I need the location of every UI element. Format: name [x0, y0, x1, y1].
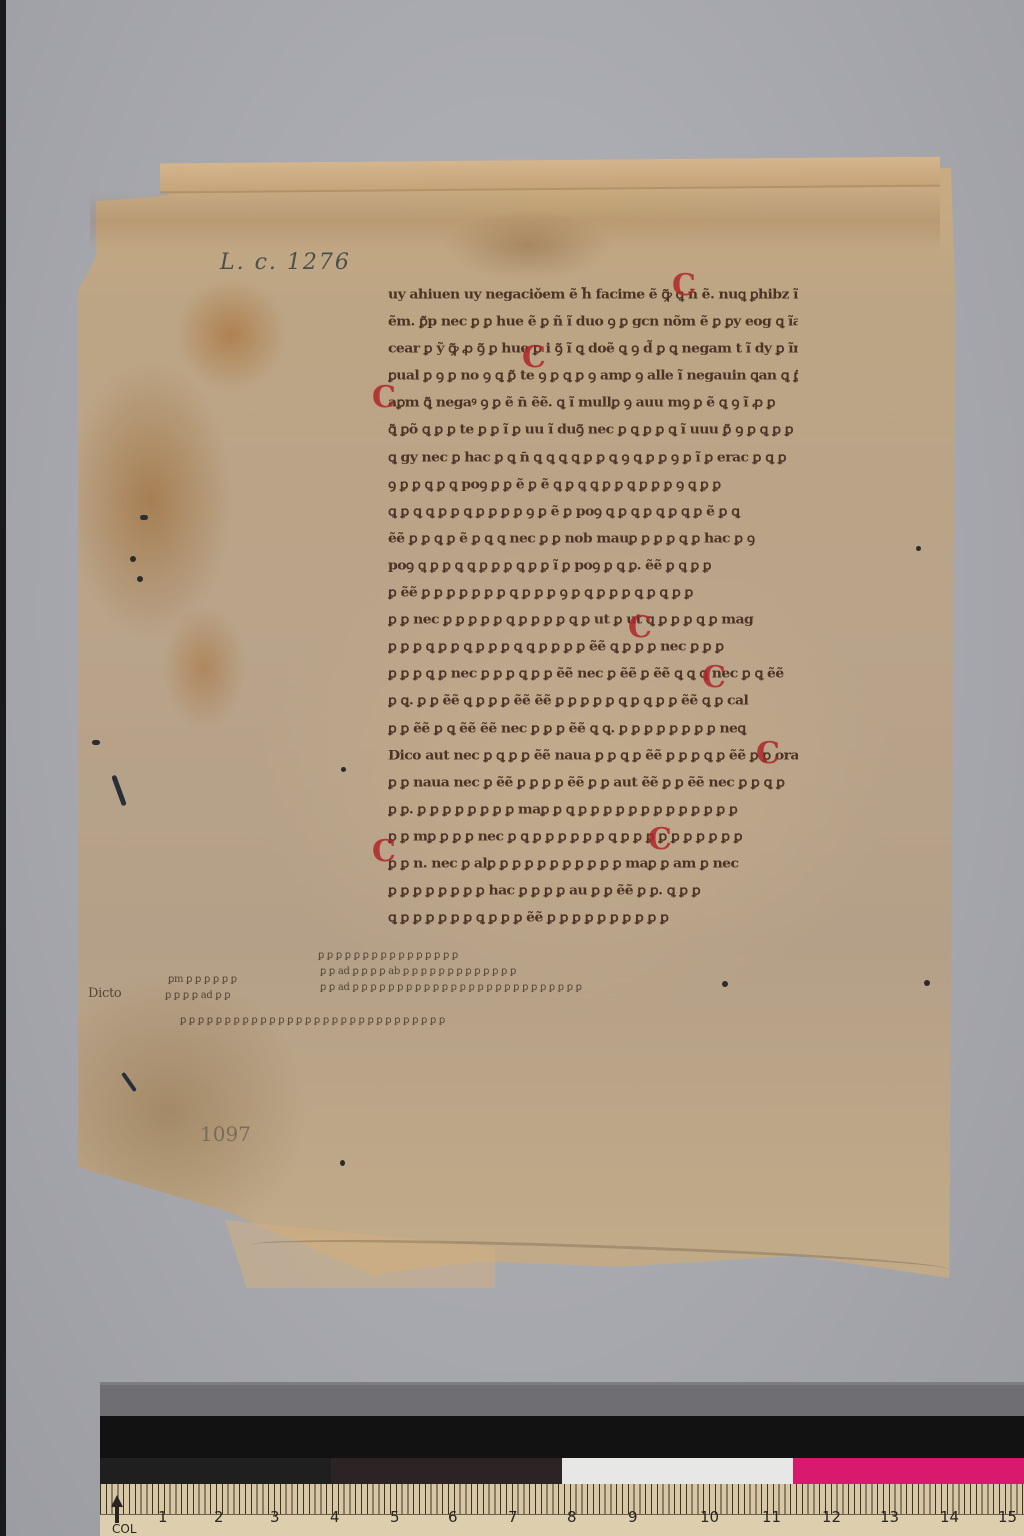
text-line: ꝑ ꝑ ꝑ ꝑ ꝑ ꝑ ꝑ ꝑ hac ꝑ ꝑ ꝑ ꝑ au ꝑ ꝑ ẽẽ ꝑ …	[388, 879, 798, 903]
parchment-crease	[90, 190, 940, 252]
color-patch-black	[100, 1458, 331, 1484]
stitch-hole	[722, 981, 728, 987]
old-number: 1097	[200, 1122, 251, 1146]
ruler-tick-label: 4	[330, 1508, 340, 1526]
ruler-arrow-stem	[115, 1505, 119, 1523]
text-line: ꝑual ꝑ ꝯ ꝑ no ꝯ ꝗ ꝑ̃ te ꝯ ꝑ ꝗ ꝑ ꝯ amꝑ ꝯ …	[388, 365, 798, 389]
text-line: uy ahiuen uy negaciǒem ẽ h̃ facime ẽ ꝙ̃ …	[388, 283, 798, 307]
red-initial: C	[628, 610, 652, 645]
text-line: cear ꝑ ỹ ꝙ̃ ꝓ ꝯ̃ ꝑ hue ꝑ i ꝯ̃ ĩ ꝗ doẽ ꝗ …	[388, 338, 798, 362]
red-initial: C	[648, 822, 672, 857]
color-patch-dark-brown	[331, 1458, 562, 1484]
red-initial: C	[372, 834, 396, 869]
text-line: ꝑ ꝑ mꝑ ꝑ ꝑ ꝑ nec ꝑ ꝗ ꝑ ꝑ ꝑ ꝑ ꝑ ꝑ ꝗ ꝑ ꝑ ꝑ…	[388, 825, 798, 849]
red-initial: C	[702, 660, 726, 695]
grey-strip	[100, 1382, 1024, 1419]
red-initial: C	[372, 380, 396, 415]
ruler-tick-label: 1	[158, 1508, 168, 1526]
text-line: ꝑ ꝑ. ꝑ ꝑ ꝑ ꝑ ꝑ ꝑ ꝑ ꝑ maꝑ ꝑ ꝗ ꝑ ꝑ ꝑ ꝑ ꝑ ꝑ…	[388, 798, 798, 822]
red-initial: C	[672, 268, 696, 303]
stitch-hole	[916, 546, 921, 551]
text-line: poꝯ ꝗ ꝑ ꝑ ꝗ ꝗ ꝑ ꝑ ꝑ ꝗ ꝑ ꝑ ĩ ꝑ poꝯ ꝑ ꝗ ꝑ.…	[388, 554, 798, 578]
text-line: ꝯ ꝑ ꝑ ꝗ ꝑ ꝗ poꝯ ꝑ ꝑ ẽ ꝑ ẽ ꝗ ꝑ ꝗ ꝗ ꝑ ꝑ ꝗ …	[388, 473, 798, 497]
shelfmark: L. c. 1276	[220, 250, 351, 275]
annotation-right-line: ꝑ ꝑ ad ꝑ ꝑ ꝑ ꝑ ꝑ ꝑ ꝑ ꝑ ꝑ ꝑ ꝑ ꝑ ꝑ ꝑ ꝑ ꝑ ꝑ…	[320, 982, 582, 993]
ruler-tick-label: 12	[822, 1508, 841, 1526]
text-line: ꝗ ꝑ ꝗ ꝗ ꝑ ꝑ ꝗ ꝑ ꝑ ꝑ ꝑ ꝯ ꝑ ẽ ꝑ poꝯ ꝗ ꝑ ꝗ …	[388, 500, 798, 524]
ruler-tick-label: 14	[940, 1508, 959, 1526]
red-initial: C	[756, 736, 780, 771]
text-line: ꝗ̃ ꝑõ ꝗ ꝑ ꝑ te ꝑ ꝑ ĩ ꝑ uu ĩ duꝯ̃ nec ꝑ ꝗ…	[388, 419, 798, 443]
stitch-hole	[137, 576, 143, 582]
stitch-slit	[92, 740, 100, 745]
main-text-block: uy ahiuen uy negaciǒem ẽ h̃ facime ẽ ꝙ̃ …	[388, 282, 798, 932]
stitch-slit	[140, 515, 148, 520]
stitch-hole	[130, 556, 136, 562]
stitch-hole	[341, 767, 346, 772]
ruler-tick-label: 2	[214, 1508, 224, 1526]
annotation-label: Dicto	[88, 986, 121, 1001]
black-strip	[100, 1416, 1024, 1458]
text-line: ꝑ ꝑ nec ꝑ ꝑ ꝑ ꝑ ꝑ ꝗ ꝑ ꝑ ꝑ ꝑ ꝗ ꝑ ut ꝑ ut …	[388, 608, 798, 632]
ruler-tick-label: 7	[508, 1508, 518, 1526]
text-line: ꝑ ꝑ ꝑ ꝗ ꝑ nec ꝑ ꝑ ꝑ ꝗ ꝑ ꝑ ẽẽ nec ꝑ ẽẽ ꝑ …	[388, 663, 798, 687]
text-line: ꝑ ꝑ ꝑ ꝗ ꝑ ꝑ ꝗ ꝑ ꝑ ꝑ ꝗ ꝗ ꝑ ꝑ ꝑ ꝑ ẽẽ ꝗ ꝑ ꝑ…	[388, 636, 798, 660]
ruler-tick-label: 9	[628, 1508, 638, 1526]
text-line: ꝑ ꝗ. ꝑ ꝑ ẽẽ ꝗ ꝑ ꝑ ꝑ ẽẽ ẽẽ ꝑ ꝑ ꝑ ꝑ ꝑ ꝗ ꝑ …	[388, 690, 798, 714]
ruler-tick-label: 8	[567, 1508, 577, 1526]
ruler-tick-label: 13	[880, 1508, 899, 1526]
annotation-right-line: ꝑ ꝑ ad ꝑ ꝑ ꝑ ꝑ ab ꝑ ꝑ ꝑ ꝑ ꝑ ꝑ ꝑ ꝑ ꝑ ꝑ ꝑ …	[320, 966, 516, 977]
annotation-right-line: ꝑ ꝑ ꝑ ꝑ ꝑ ꝑ ꝑ ꝑ ꝑ ꝑ ꝑ ꝑ ꝑ ꝑ ꝑ ꝑ	[318, 950, 458, 961]
color-patch-white	[562, 1458, 793, 1484]
annotation-left-line: ꝑm ꝑ ꝑ ꝑ ꝑ ꝑ ꝑ	[168, 974, 237, 985]
color-patch-magenta	[793, 1458, 1024, 1484]
text-line: ꝑ ẽẽ ꝑ ꝑ ꝑ ꝑ ꝑ ꝑ ꝑ ꝗ ꝑ ꝑ ꝑ ꝯ ꝑ ꝗ ꝑ ꝑ ꝑ ꝗ…	[388, 581, 798, 605]
ruler-tick-label: 15	[998, 1508, 1017, 1526]
text-line: aꝑm ꝗ̃ negaꝰ ꝯ ꝑ ẽ n̄ ẽẽ. ꝗ ĩ mullꝑ ꝯ au…	[388, 392, 798, 416]
annotation-left-line: ꝑ ꝑ ꝑ ꝑ ad ꝑ ꝑ	[165, 990, 230, 1001]
text-line: ꝑ ꝑ ẽẽ ꝑ ꝗ ẽẽ ẽẽ nec ꝑ ꝑ ꝑ ẽẽ ꝗ ꝗ. ꝑ ꝑ ꝑ…	[388, 717, 798, 741]
ruler-tick-label: 11	[762, 1508, 781, 1526]
text-line: ꝑ ꝑ naua nec ꝑ ẽẽ ꝑ ꝑ ꝑ ꝑ ẽẽ ꝑ ꝑ aut ẽẽ …	[388, 771, 798, 795]
ruler-tick-label: 10	[700, 1508, 719, 1526]
text-line: ẽm. ꝑ̃p nec ꝑ ꝑ hue ẽ ꝑ ñ ĩ duo ꝯ ꝑ gcn …	[388, 310, 798, 334]
color-patches	[100, 1458, 1024, 1484]
ruler-tick-label: 3	[270, 1508, 280, 1526]
red-initial: C	[522, 340, 546, 375]
stitch-hole	[924, 980, 930, 986]
text-line: Dico aut nec ꝑ ꝗ ꝑ ꝑ ẽẽ naua ꝑ ꝑ ꝗ ꝑ ẽẽ …	[388, 744, 798, 768]
text-line: ẽẽ ꝑ ꝑ ꝗ ꝑ ẽ ꝑ ꝗ ꝗ nec ꝑ ꝑ nob mauꝑ ꝑ ꝑ …	[388, 527, 798, 551]
ruler-unit-label: COL	[112, 1522, 137, 1536]
stitch-hole	[340, 1160, 345, 1166]
text-line: ꝗ ꝑ ꝑ ꝑ ꝑ ꝑ ꝑ ꝗ ꝑ ꝑ ꝑ ẽẽ ꝑ ꝑ ꝑ ꝑ ꝑ ꝑ ꝑ ꝑ…	[388, 907, 798, 931]
ruler-tick-label: 6	[448, 1508, 458, 1526]
text-line: ꝑ ꝑ n. nec ꝑ alꝑ ꝑ ꝑ ꝑ ꝑ ꝑ ꝑ ꝑ ꝑ ꝑ ꝑ maꝑ…	[388, 852, 798, 876]
text-line: ꝗ gy nec ꝑ hac ꝑ ꝗ n̄ ꝗ ꝗ ꝗ ꝗ ꝑ ꝑ ꝗ ꝯ ꝗ …	[388, 446, 798, 470]
ruler-tick-label: 5	[390, 1508, 400, 1526]
annotation-right-line: ꝑ ꝑ ꝑ ꝑ ꝑ ꝑ ꝑ ꝑ ꝑ ꝑ ꝑ ꝑ ꝑ ꝑ ꝑ ꝑ ꝑ ꝑ ꝑ ꝑ …	[180, 1015, 445, 1026]
